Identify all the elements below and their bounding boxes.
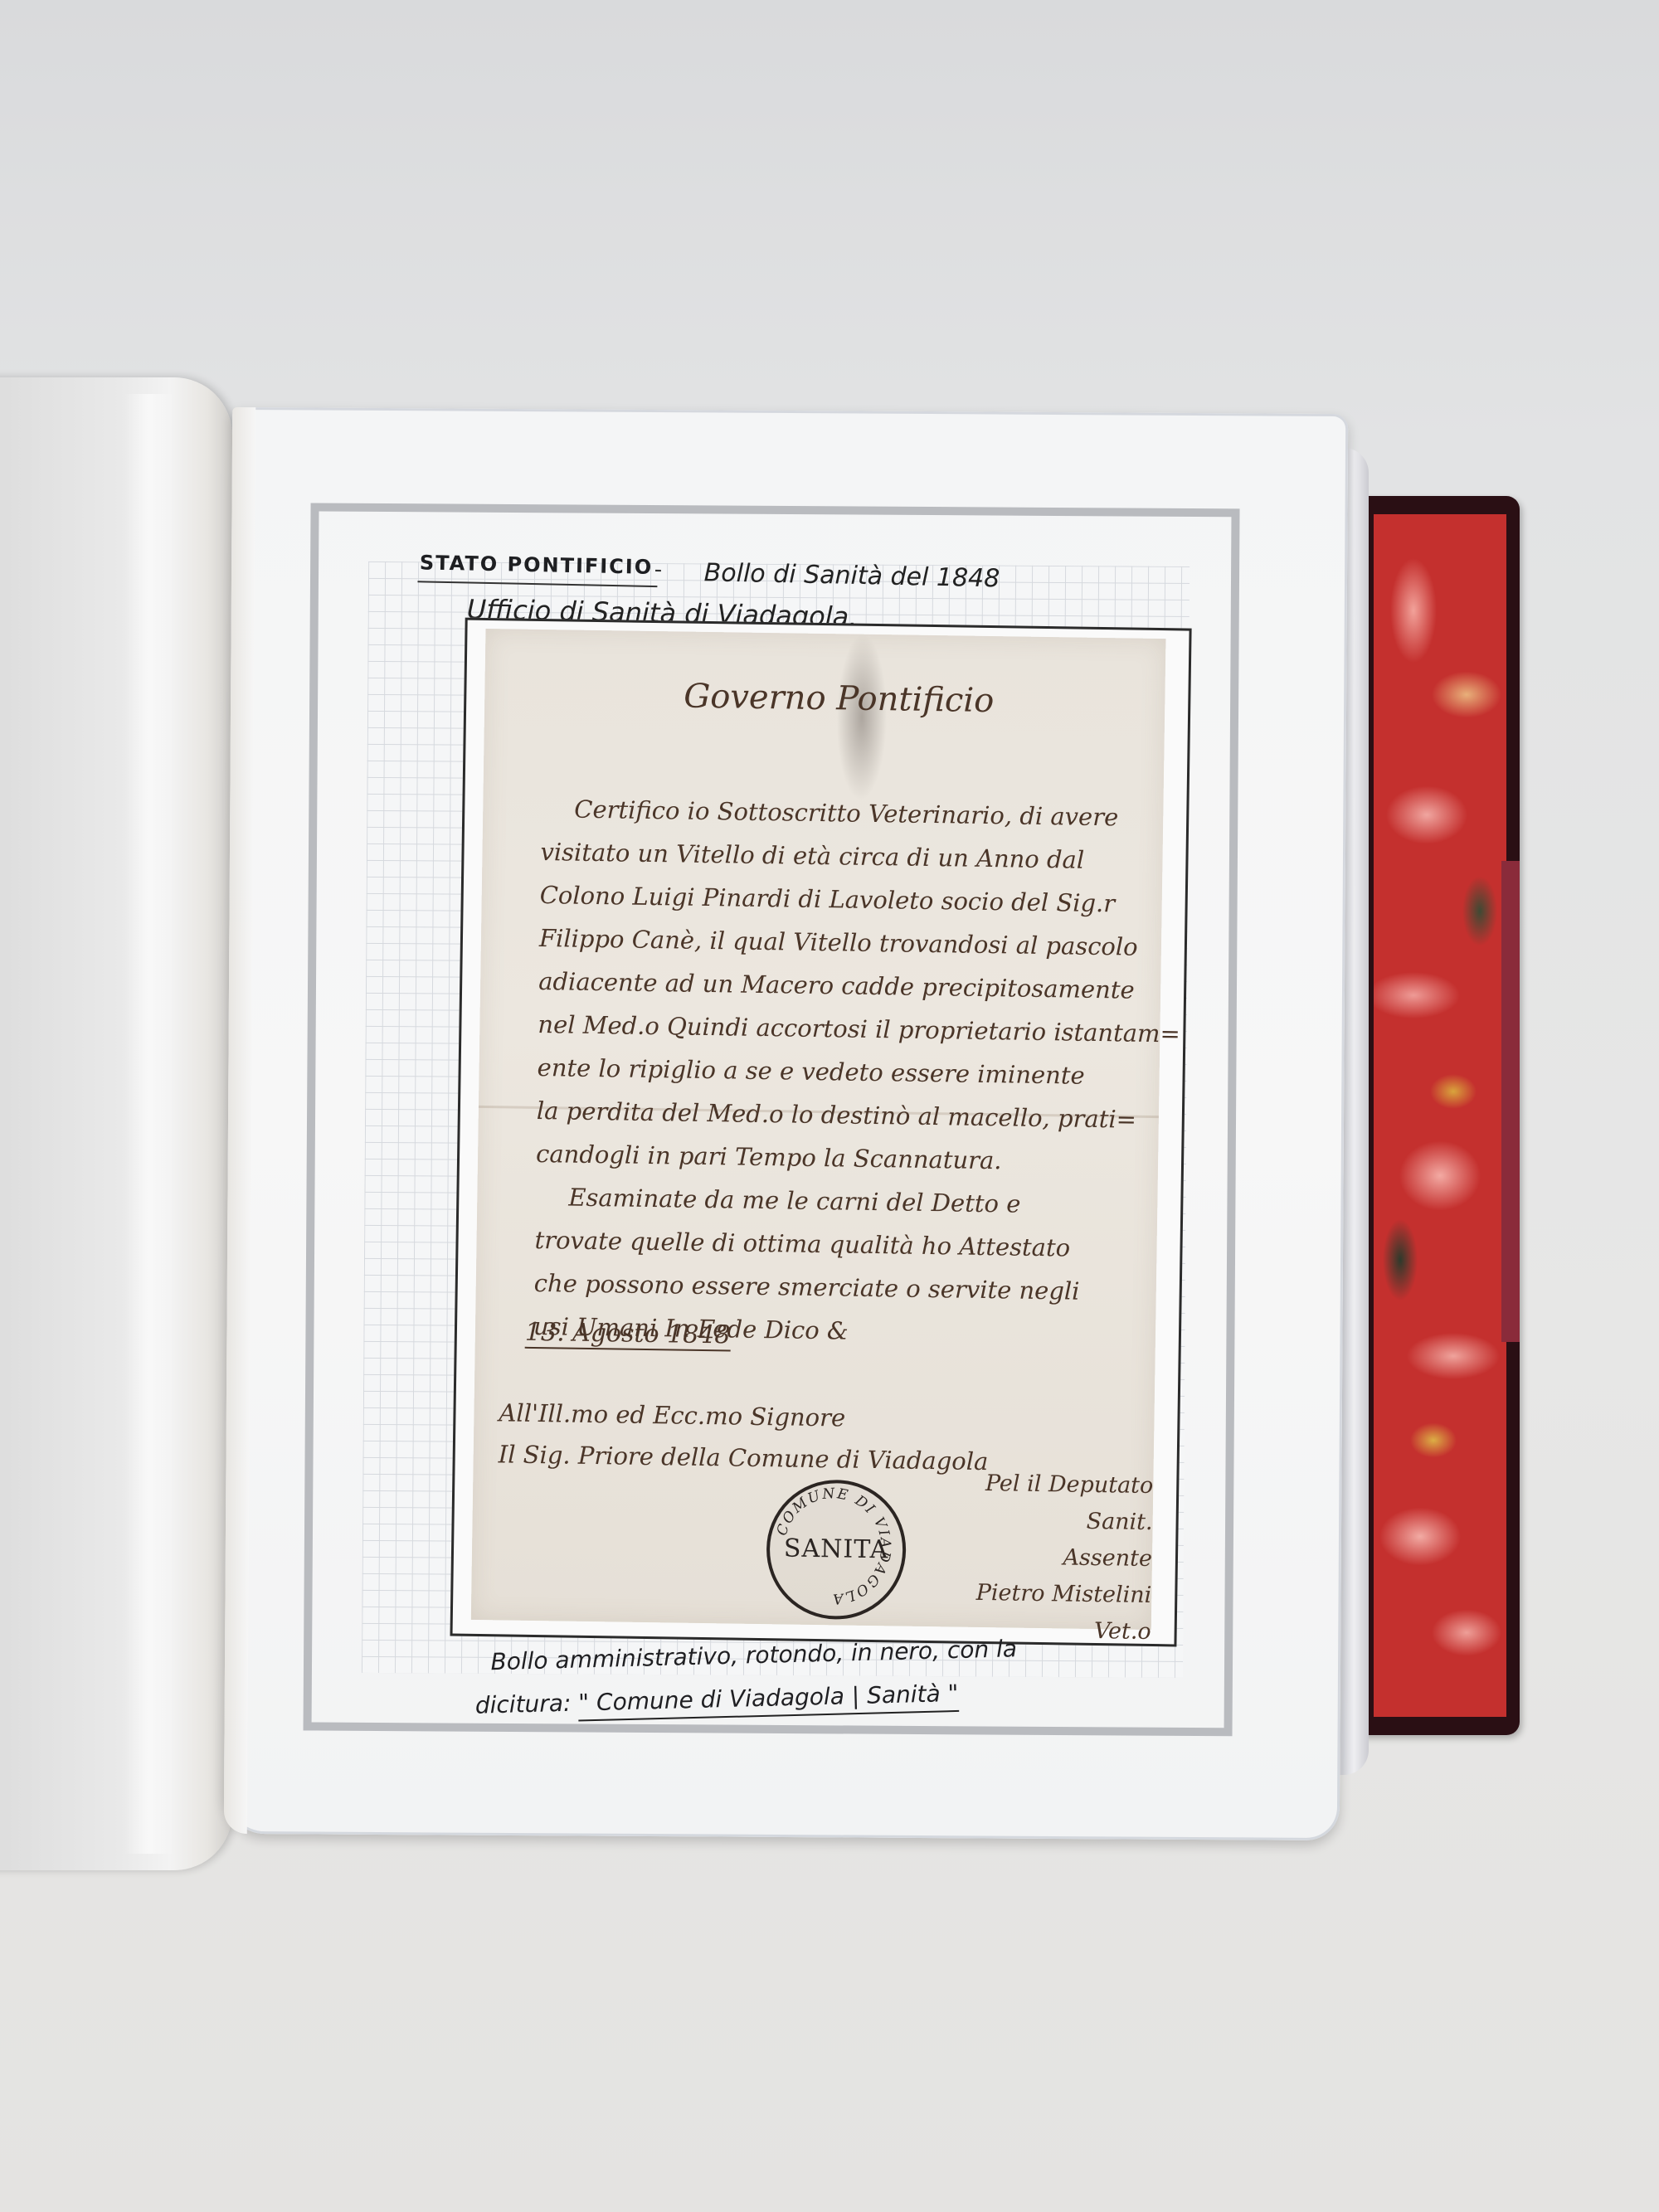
address-line: Il Sig. Priore della Comune di Viadagola — [498, 1433, 988, 1482]
cover-corner-tab — [1501, 861, 1520, 1342]
postmark-center-text: SANITA — [770, 1534, 903, 1564]
round-postmark: COMUNE DI VIADAGOLA SANITA — [766, 1479, 907, 1620]
historic-letter: Governo Pontificio Certifico io Sottoscr… — [471, 629, 1166, 1630]
heading-separator: - — [654, 557, 663, 582]
caption-label: dicitura: — [474, 1689, 571, 1719]
address-line: All'Ill.mo ed Ecc.mo Signore — [499, 1392, 989, 1441]
signature-line: Assente — [937, 1538, 1153, 1578]
letterhead: Governo Pontificio — [684, 678, 995, 721]
album-photo: STATO PONTIFICIO - Bollo di Sanità del 1… — [0, 0, 1659, 2212]
state-label: STATO PONTIFICIO — [417, 551, 658, 587]
letter-body: Certifico io Sottoscritto Veterinario, d… — [533, 787, 1155, 1357]
sleeve-reflection — [124, 394, 174, 1854]
signature-line: Pel il Deputato Sanit. — [937, 1465, 1153, 1541]
left-album-page — [0, 377, 232, 1870]
marbled-back-cover — [1360, 496, 1520, 1735]
letter-address: All'Ill.mo ed Ecc.mo Signore Il Sig. Pri… — [498, 1392, 989, 1482]
letter-signature: Pel il Deputato Sanit. Assente Pietro Mi… — [935, 1465, 1153, 1650]
document-mount: Governo Pontificio Certifico io Sottoscr… — [450, 618, 1192, 1647]
marble-paper — [1374, 514, 1506, 1717]
album-page: STATO PONTIFICIO - Bollo di Sanità del 1… — [224, 407, 1348, 1840]
letter-date: 13. Agosto 1848 — [525, 1318, 731, 1352]
heading-title: Bollo di Sanità del 1848 — [703, 558, 1000, 593]
